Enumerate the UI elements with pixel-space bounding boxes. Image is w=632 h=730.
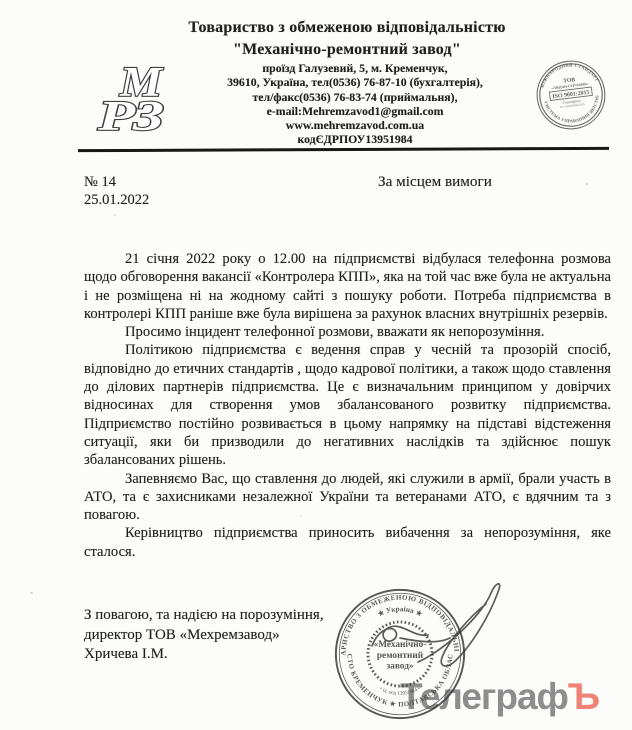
paragraph-apology: Керівництво підприємства приносить вибач… <box>84 524 611 561</box>
paragraph-veterans-respect: Запевняємо Вас, що ставлення до людей, я… <box>84 470 611 525</box>
iso-certification-stamp: МІЖНАРОДНИЙ СТАНДАРТ СИСТЕМА УПРАВЛІННЯ … <box>530 54 612 136</box>
signature-block: З повагою, та надією на порозуміння, дир… <box>84 606 324 665</box>
letter-body: 21 січня 2022 року о 12.00 на підприємст… <box>84 250 611 561</box>
scan-noise-speck <box>300 515 302 517</box>
signature-position: директор ТОВ «Мехремзавод» <box>84 626 324 646</box>
address-line-email: e-mail:Mehremzavod1@gmail.com <box>145 104 565 118</box>
scan-noise-speck <box>586 183 588 185</box>
director-signature <box>330 572 530 682</box>
letter-number: № 14 <box>84 174 116 191</box>
paragraph-misunderstanding-request: Просимо інцидент телефонної розмови, вва… <box>84 323 611 341</box>
signature-closing: З повагою, та надією на порозуміння, <box>84 606 324 626</box>
address-line-website: www.mehremzavod.com.ua <box>145 118 565 132</box>
address-line-edrpou: кодЄДРПОУ13951984 <box>145 132 565 146</box>
scan-noise-speck <box>114 214 116 216</box>
stamp-id-code: • ід. код 13951984 • <box>379 686 422 697</box>
signature-stroke <box>400 638 450 642</box>
signature-stroke <box>418 584 500 666</box>
iso-org-name: «ЛЮДАН-СЕРТИФІК» <box>551 82 589 91</box>
scan-noise-speck <box>30 592 33 594</box>
letter-date: 25.01.2022 <box>84 192 149 209</box>
address-line: 39610, Україна, тел(0536) 76-87-10 (бухг… <box>145 75 565 89</box>
paragraph-company-policy: Політикою підприємства є ведення справ у… <box>84 341 611 469</box>
address-line: проїзд Галузевий, 5, м. Кременчук, <box>145 61 565 75</box>
company-title: Товариство з обмеженою відповідальністю … <box>62 17 632 61</box>
signature-stroke <box>372 626 428 646</box>
company-name-line2: "Механічно-ремонтний завод" <box>62 39 632 61</box>
addressee: За місцем вимоги <box>378 173 492 191</box>
address-line: тел/факс(0536) 76-83-74 (приймальня), <box>145 90 565 104</box>
header-divider <box>78 147 609 152</box>
paragraph-phone-call: 21 січня 2022 року о 12.00 на підприємст… <box>84 250 611 323</box>
company-address: проїзд Галузевий, 5, м. Кременчук, 39610… <box>145 61 565 147</box>
svg-text:• ід. код 13951984 •: • ід. код 13951984 • <box>379 686 422 697</box>
scanned-letter-page: Товариство з обмеженою відповідальністю … <box>0 0 632 730</box>
signature-name: Хричева І.М. <box>84 645 324 665</box>
watermark-red-letter: Ъ <box>568 676 599 717</box>
company-name-line1: Товариство з обмеженою відповідальністю <box>62 17 632 39</box>
